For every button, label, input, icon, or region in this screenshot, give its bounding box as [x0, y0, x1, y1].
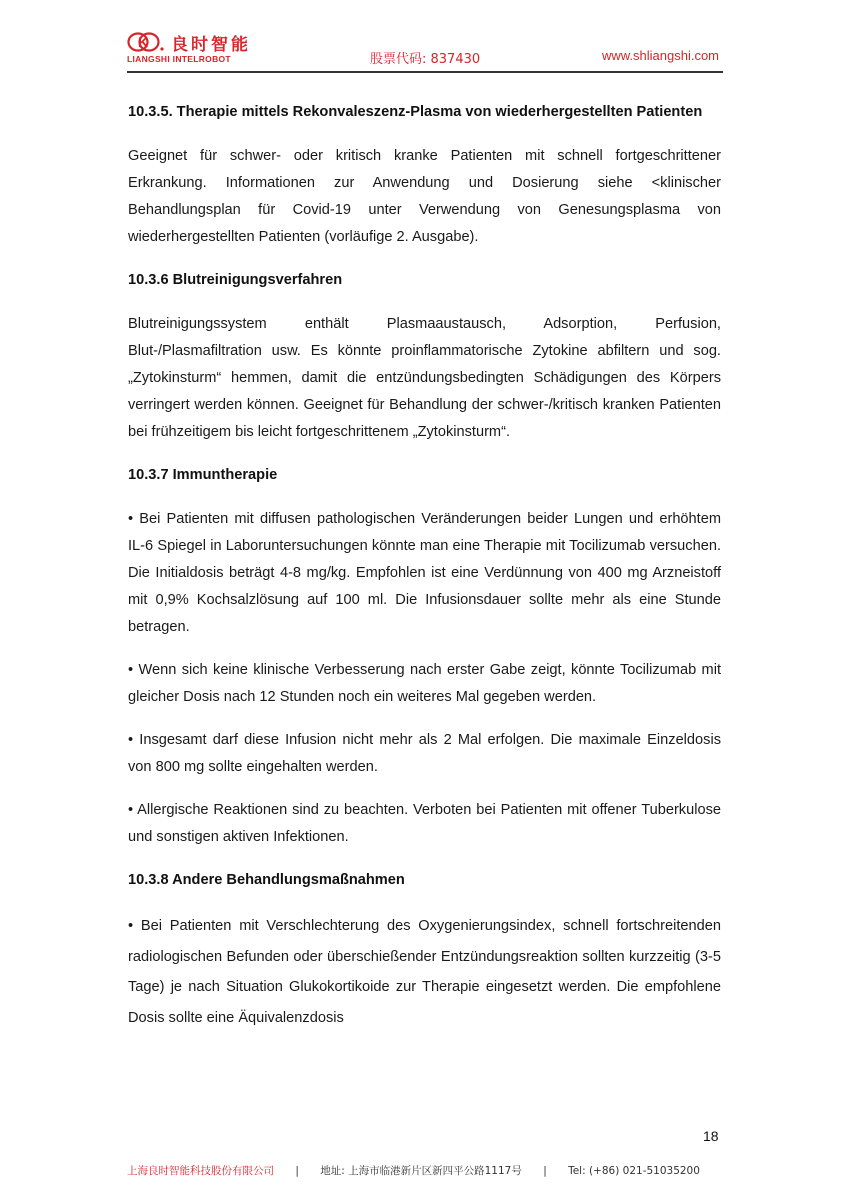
footer-address: 地址: 上海市临港新片区新四平公路1117号 — [320, 1163, 522, 1178]
section-heading: 10.3.8 Andere Behandlungsmaßnahmen — [128, 867, 721, 894]
section-other-treatments: 10.3.8 Andere Behandlungsmaßnahmen • Bei… — [128, 867, 721, 1033]
section-heading: 10.3.5. Therapie mittels Rekonvaleszenz-… — [128, 99, 721, 126]
section-blood-purification: 10.3.6 Blutreinigungsverfahren Blutreini… — [128, 267, 721, 446]
header-divider — [127, 71, 723, 73]
bullet-paragraph: • Insgesamt darf diese Infusion nicht me… — [128, 727, 721, 781]
stock-code: 股票代码: 837430 — [370, 48, 480, 67]
paragraph: Blutreinigungssystem enthält Plasmaausta… — [128, 311, 721, 446]
section-immunotherapy: 10.3.7 Immuntherapie • Bei Patienten mit… — [128, 462, 721, 851]
section-heading: 10.3.6 Blutreinigungsverfahren — [128, 267, 721, 294]
page-header: K 良时智能 LIANGSHI INTELROBOT 股票代码: 837430 … — [127, 30, 723, 72]
logo-english-name: LIANGSHI INTELROBOT — [127, 54, 231, 64]
footer-separator: | — [543, 1165, 547, 1177]
page-number: 18 — [703, 1128, 719, 1144]
bullet-paragraph: • Bei Patienten mit diffusen pathologisc… — [128, 506, 721, 641]
logo-chinese-name: 良时智能 — [171, 30, 251, 55]
page-footer: 上海良时智能科技股份有限公司 | 地址: 上海市临港新片区新四平公路1117号 … — [127, 1163, 723, 1178]
section-plasma-therapy: 10.3.5. Therapie mittels Rekonvaleszenz-… — [128, 99, 721, 251]
paragraph: Geeignet für schwer- oder kritisch krank… — [128, 143, 721, 251]
logo-k-icon: K — [127, 32, 167, 52]
page-content: 10.3.5. Therapie mittels Rekonvaleszenz-… — [128, 99, 721, 1033]
bullet-paragraph: • Wenn sich keine klinische Verbesserung… — [128, 657, 721, 711]
footer-company: 上海良时智能科技股份有限公司 — [127, 1163, 274, 1178]
bullet-paragraph: • Bei Patienten mit Verschlechterung des… — [128, 911, 721, 1033]
svg-text:K: K — [138, 34, 148, 50]
footer-separator: | — [295, 1165, 299, 1177]
footer-phone: Tel: (+86) 021-51035200 — [568, 1165, 700, 1177]
website-link[interactable]: www.shliangshi.com — [602, 48, 719, 63]
section-heading: 10.3.7 Immuntherapie — [128, 462, 721, 489]
bullet-paragraph: • Allergische Reaktionen sind zu beachte… — [128, 797, 721, 851]
